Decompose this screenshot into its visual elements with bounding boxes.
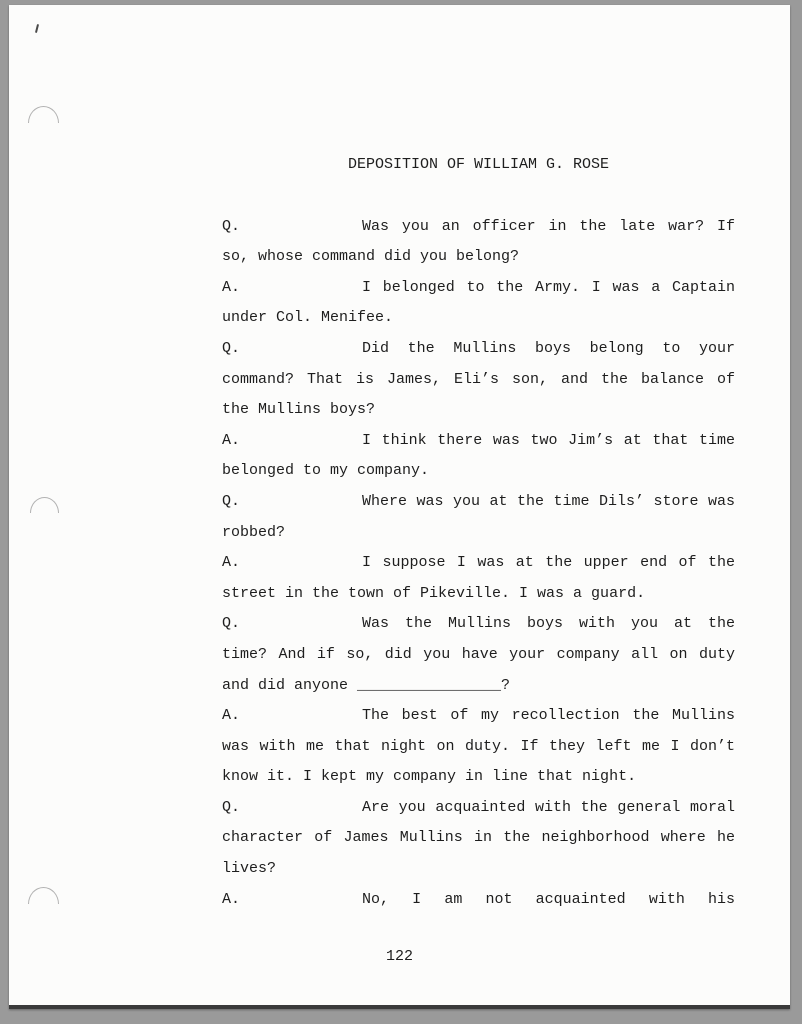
qa-text: The best of my recollection the Mullins … bbox=[222, 707, 735, 785]
qa-speaker-label: Q. bbox=[222, 334, 240, 365]
qa-entry: Q. Was the Mullins boys with you at the … bbox=[222, 609, 735, 701]
qa-text: I think there was two Jim’s at that time… bbox=[222, 432, 735, 480]
qa-text: Are you acquainted with the general mora… bbox=[222, 799, 735, 877]
qa-entry: A. I suppose I was at the upper end of t… bbox=[222, 548, 735, 609]
document-page: DEPOSITION OF WILLIAM G. ROSE Q. Was you… bbox=[9, 5, 790, 1009]
qa-text: No, I am not acquainted with his bbox=[362, 891, 735, 908]
qa-speaker-label: Q. bbox=[222, 609, 240, 640]
qa-speaker-label: A. bbox=[222, 885, 240, 916]
transcript-column: DEPOSITION OF WILLIAM G. ROSE Q. Was you… bbox=[222, 150, 735, 915]
qa-entry: A. No, I am not acquainted with his bbox=[222, 885, 735, 916]
qa-entry: Q. Where was you at the time Dils’ store… bbox=[222, 487, 735, 548]
qa-speaker-label: A. bbox=[222, 701, 240, 732]
qa-entry: Q. Are you acquainted with the general m… bbox=[222, 793, 735, 885]
qa-text: Was the Mullins boys with you at the tim… bbox=[222, 615, 735, 693]
qa-entry: Q. Did the Mullins boys belong to your c… bbox=[222, 334, 735, 426]
qa-entry: A. I belonged to the Army. I was a Capta… bbox=[222, 273, 735, 334]
punch-hole-arc-top bbox=[28, 106, 59, 123]
qa-speaker-label: A. bbox=[222, 273, 240, 304]
qa-entry: A. I think there was two Jim’s at that t… bbox=[222, 426, 735, 487]
qa-text: Where was you at the time Dils’ store wa… bbox=[222, 493, 735, 541]
qa-speaker-label: Q. bbox=[222, 793, 240, 824]
qa-speaker-label: A. bbox=[222, 426, 240, 457]
qa-text: I suppose I was at the upper end of the … bbox=[222, 554, 735, 602]
qa-speaker-label: A. bbox=[222, 548, 240, 579]
stray-pen-mark bbox=[35, 24, 39, 33]
scan-background: { "document": { "title": "DEPOSITION OF … bbox=[0, 0, 802, 1024]
punch-hole-arc-middle bbox=[30, 497, 59, 513]
qa-entry: A. The best of my recollection the Mulli… bbox=[222, 701, 735, 793]
document-title: DEPOSITION OF WILLIAM G. ROSE bbox=[222, 150, 735, 181]
qa-text: I belonged to the Army. I was a Captain … bbox=[222, 279, 735, 327]
qa-entry: Q. Was you an officer in the late war? I… bbox=[222, 212, 735, 273]
qa-speaker-label: Q. bbox=[222, 212, 240, 243]
qa-speaker-label: Q. bbox=[222, 487, 240, 518]
qa-text: Did the Mullins boys belong to your comm… bbox=[222, 340, 735, 418]
punch-hole-arc-bottom bbox=[28, 887, 59, 904]
page-number: 122 bbox=[9, 942, 790, 972]
qa-transcript: Q. Was you an officer in the late war? I… bbox=[222, 212, 735, 916]
qa-text: Was you an officer in the late war? If s… bbox=[222, 218, 735, 266]
